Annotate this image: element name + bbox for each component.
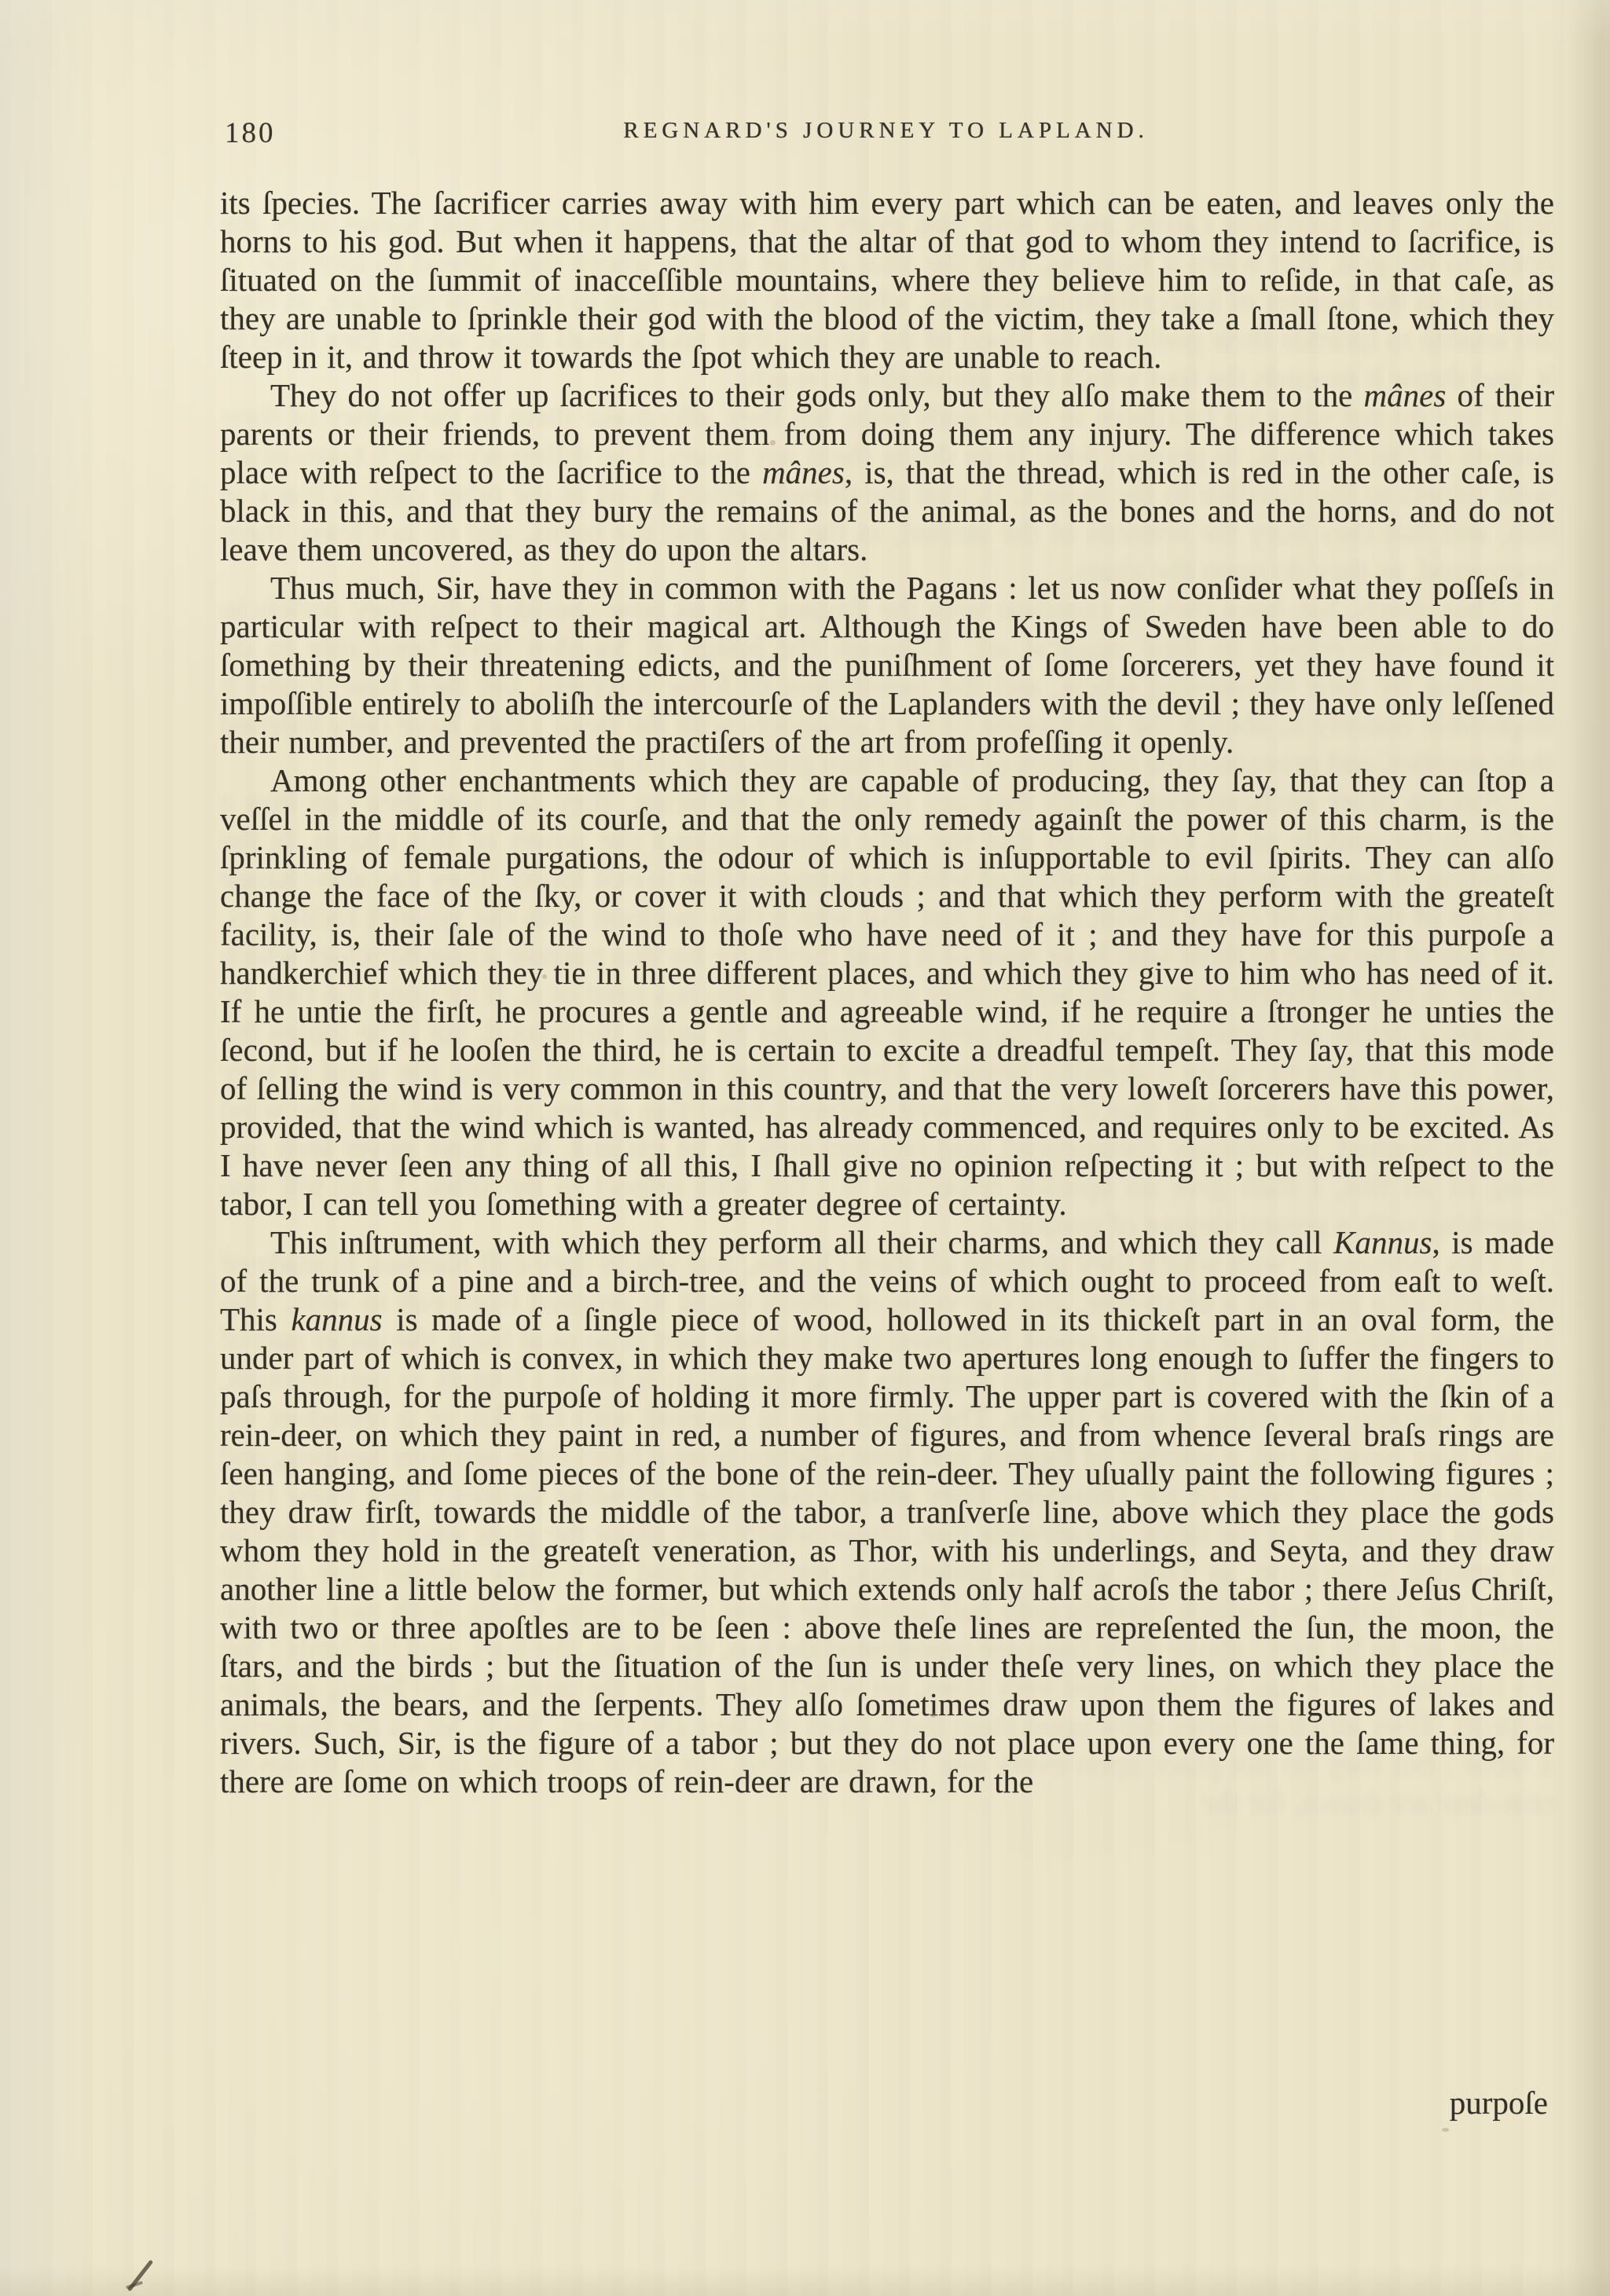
page-edge-left-shading (0, 0, 102, 2296)
text-segment: This inſtrument, with which they perform… (270, 1224, 1333, 1260)
running-title: REGNARD'S JOURNEY TO LAPLAND. (220, 118, 1552, 144)
paragraph: They do not offer up ſacrifices to their… (220, 376, 1554, 569)
paper-speck (770, 440, 776, 446)
text-segment: Thus much, Sir, have they in common with… (220, 570, 1554, 760)
paper-speck (1442, 2128, 1449, 2132)
italic-term: kannus (291, 1301, 382, 1337)
paper-speck (542, 974, 547, 979)
italic-term: Kannus (1333, 1224, 1432, 1260)
paper-speck (931, 1713, 936, 1718)
paragraph: This inſtrument, with which they perform… (220, 1223, 1554, 1801)
book-page: its ſpecies. The ſacrificer carries away… (0, 0, 1610, 2296)
body-text-block: its ſpecies. The ſacrificer carries away… (220, 184, 1554, 1801)
page-edge-right-shading (1555, 0, 1610, 2296)
text-segment: Among other enchantments which they are … (220, 762, 1554, 1222)
text-segment: They do not offer up ſacrifices to their… (270, 377, 1364, 413)
text-segment: is made of a ſingle piece of wood, hollo… (220, 1301, 1554, 1799)
page-edge-top-shading (0, 0, 1610, 47)
text-segment: its ſpecies. The ſacrificer carries away… (220, 185, 1554, 375)
italic-term: mânes (762, 454, 845, 490)
page-edge-bottom-shading (0, 2265, 1610, 2296)
catchword: purpoſe (220, 2084, 1548, 2122)
paragraph: its ſpecies. The ſacrificer carries away… (220, 184, 1554, 376)
italic-term: mânes (1364, 377, 1447, 413)
paragraph: Thus much, Sir, have they in common with… (220, 569, 1554, 761)
paragraph: Among other enchantments which they are … (220, 761, 1554, 1223)
